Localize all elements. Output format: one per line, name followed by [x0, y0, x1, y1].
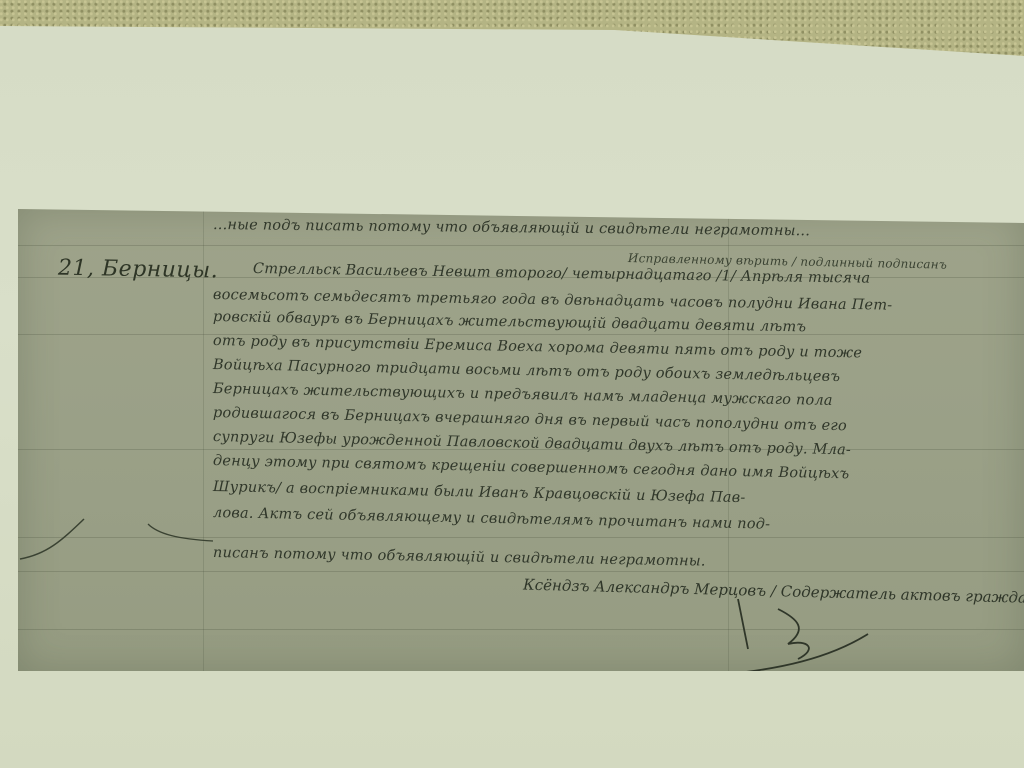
text-line: супруги Юзефы урожденной Павловской двад…: [213, 429, 851, 458]
ruled-line: [18, 245, 1024, 246]
margin-flourish: [18, 509, 98, 569]
place-heading: Берницы.: [102, 256, 219, 283]
ruled-line: [18, 334, 1024, 335]
text-line: лова. Актъ сей объявляющему и свидѣтелям…: [213, 505, 771, 533]
entry-heading: 21, Берницы.: [58, 256, 219, 284]
text-line: ровскій обвауръ въ Берницахъ жительствую…: [213, 309, 807, 335]
text-line: отъ роду въ присутствіи Еремиса Воеха хо…: [213, 333, 862, 361]
text-line: денцу этому при святомъ крещеніи соверше…: [213, 453, 850, 482]
entry-number: 21,: [58, 256, 95, 282]
text-line: Берницахъ жительствующихъ и предъявилъ н…: [213, 381, 833, 409]
ruled-line: [18, 571, 1024, 572]
text-line: восемьсотъ семьдесятъ третьяго года въ д…: [213, 287, 893, 314]
signature-flourish: [718, 589, 878, 671]
text-line: писанъ потому что объявляющій и свидѣтел…: [213, 545, 706, 570]
margin-flourish: [118, 519, 218, 559]
text-line: Шурикъ/ а воспріемниками были Иванъ Крав…: [213, 479, 746, 506]
text-line: Войцѣха Пасурного тридцати восьми лѣтъ о…: [213, 357, 840, 385]
text-line: родившагося въ Берницахъ вчерашняго дня …: [213, 405, 847, 434]
scanned-record: 21, Берницы. ...ные подъ писать потому ч…: [18, 209, 1024, 671]
text-line: ...ные подъ писать потому что объявляющі…: [213, 217, 810, 239]
